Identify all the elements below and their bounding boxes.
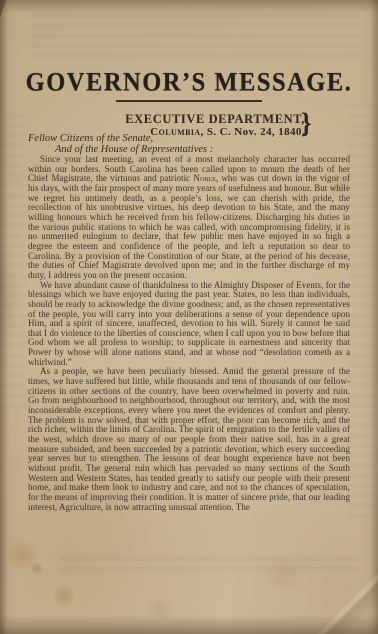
showthrough-text-left-margin bbox=[2, 110, 26, 410]
date-text: S. C. Nov. 24, 1840. bbox=[204, 126, 305, 138]
showthrough-text-top bbox=[30, 10, 360, 62]
title-divider-rule bbox=[116, 100, 262, 102]
message-body: Since your last meeting, an event of a m… bbox=[28, 155, 350, 512]
dateline-brace: } bbox=[301, 107, 312, 140]
paragraph-text: As a people, we have been peculiarly ble… bbox=[28, 366, 350, 511]
body-paragraph: Since your last meeting, an event of a m… bbox=[28, 155, 350, 281]
paragraph-text: We have abundant cause of thankfulness t… bbox=[28, 280, 350, 367]
body-paragraph: We have abundant cause of thankfulness t… bbox=[28, 281, 350, 368]
smallcaps-name: Noble bbox=[193, 173, 215, 183]
document-page: GOVERNOR’S MESSAGE. EXECUTIVE DEPARTMENT… bbox=[0, 0, 378, 634]
showthrough-text-right-margin bbox=[348, 100, 374, 520]
department-heading: EXECUTIVE DEPARTMENT, bbox=[0, 113, 305, 126]
paper-stain bbox=[255, 560, 311, 590]
page-title: GOVERNOR’S MESSAGE. bbox=[0, 68, 378, 98]
paper-stain bbox=[0, 240, 18, 360]
paper-crease bbox=[308, 564, 378, 634]
page-edge-corner bbox=[0, 0, 6, 18]
body-paragraph: As a people, we have been peculiarly ble… bbox=[28, 367, 350, 512]
paper-stain bbox=[52, 585, 76, 607]
salutation-block: Fellow Citizens of the Senate, And of th… bbox=[28, 134, 213, 156]
paragraph-text: , who was cut down in the vigor of his d… bbox=[28, 173, 350, 280]
paper-stain bbox=[6, 540, 40, 570]
paper-stain bbox=[30, 562, 44, 575]
paper-stain bbox=[140, 600, 180, 618]
